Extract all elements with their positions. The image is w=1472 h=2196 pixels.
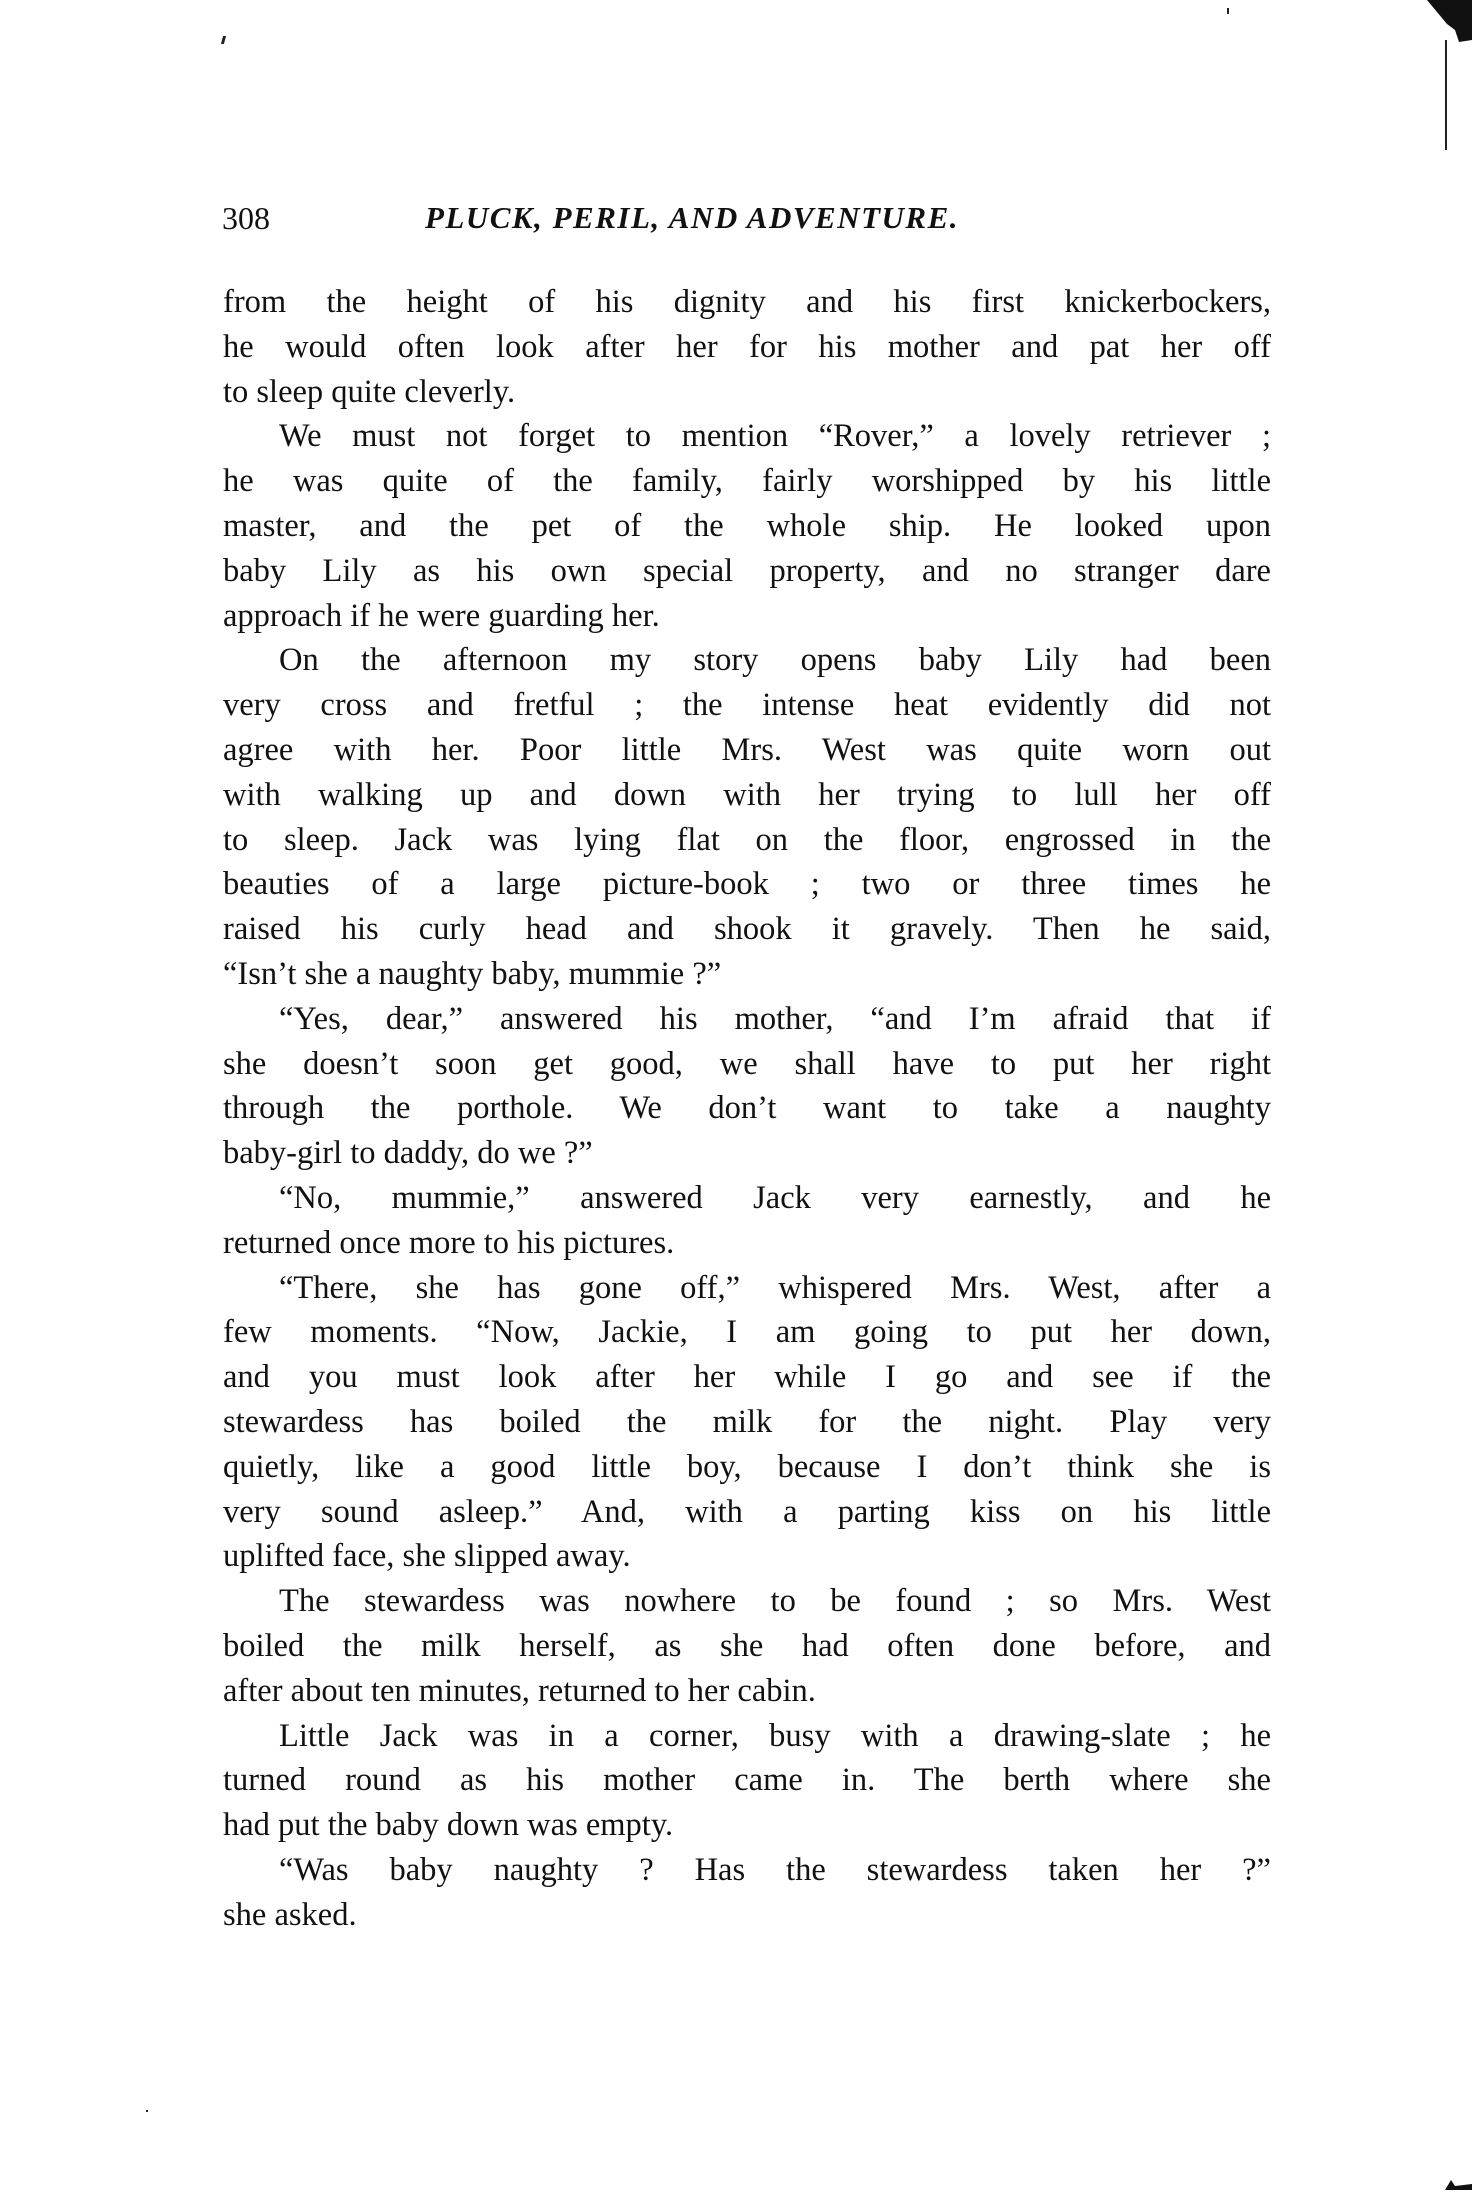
text-line: after about ten minutes, returned to her… bbox=[223, 1669, 1271, 1714]
text-line: agree with her. Poor little Mrs. West wa… bbox=[223, 728, 1271, 773]
text-line: boiled the milk herself, as she had ofte… bbox=[223, 1624, 1271, 1669]
scan-speck bbox=[146, 2110, 148, 2112]
text-line: and you must look after her while I go a… bbox=[223, 1355, 1271, 1400]
corner-mark bbox=[1445, 2180, 1472, 2190]
text-line: master, and the pet of the whole ship. H… bbox=[223, 504, 1271, 549]
text-line: baby Lily as his own special property, a… bbox=[223, 549, 1271, 594]
scan-speck bbox=[1227, 8, 1229, 14]
text-line: stewardess has boiled the milk for the n… bbox=[223, 1400, 1271, 1445]
text-line: had put the baby down was empty. bbox=[223, 1803, 1271, 1848]
scanned-book-page: 308 PLUCK, PERIL, AND ADVENTURE. from th… bbox=[0, 0, 1472, 2196]
text-line: approach if he were guarding her. bbox=[223, 594, 1271, 639]
text-line: few moments. “Now, Jackie, I am going to… bbox=[223, 1310, 1271, 1355]
text-line: “Was baby naughty ? Has the stewardess t… bbox=[223, 1848, 1271, 1893]
text-line: she asked. bbox=[223, 1893, 1271, 1938]
text-line: “No, mummie,” answered Jack very earnest… bbox=[223, 1176, 1271, 1221]
text-line: On the afternoon my story opens baby Lil… bbox=[223, 638, 1271, 683]
scan-speck bbox=[221, 36, 226, 44]
text-line: We must not forget to mention “Rover,” a… bbox=[223, 414, 1271, 459]
text-line: “There, she has gone off,” whispered Mrs… bbox=[223, 1266, 1271, 1311]
text-line: he would often look after her for his mo… bbox=[223, 325, 1271, 370]
body-text: from the height of his dignity and his f… bbox=[223, 280, 1271, 1937]
text-line: The stewardess was nowhere to be found ;… bbox=[223, 1579, 1271, 1624]
text-line: to sleep. Jack was lying flat on the flo… bbox=[223, 818, 1271, 863]
text-line: Little Jack was in a corner, busy with a… bbox=[223, 1714, 1271, 1759]
text-line: to sleep quite cleverly. bbox=[223, 370, 1271, 415]
text-line: “Isn’t she a naughty baby, mummie ?” bbox=[223, 952, 1271, 997]
page-number: 308 bbox=[222, 196, 270, 240]
text-line: through the porthole. We don’t want to t… bbox=[223, 1086, 1271, 1131]
text-line: she doesn’t soon get good, we shall have… bbox=[223, 1042, 1271, 1087]
page-edge-line bbox=[1445, 40, 1447, 150]
running-head: 308 PLUCK, PERIL, AND ADVENTURE. bbox=[222, 196, 1282, 240]
text-line: baby-girl to daddy, do we ?” bbox=[223, 1131, 1271, 1176]
text-line: beauties of a large picture-book ; two o… bbox=[223, 862, 1271, 907]
page-edge-mark bbox=[1427, 0, 1472, 120]
text-line: very cross and fretful ; the intense hea… bbox=[223, 683, 1271, 728]
text-line: very sound asleep.” And, with a parting … bbox=[223, 1490, 1271, 1535]
text-line: raised his curly head and shook it grave… bbox=[223, 907, 1271, 952]
text-line: uplifted face, she slipped away. bbox=[223, 1534, 1271, 1579]
running-title: PLUCK, PERIL, AND ADVENTURE. bbox=[425, 196, 959, 240]
text-line: he was quite of the family, fairly worsh… bbox=[223, 459, 1271, 504]
text-line: returned once more to his pictures. bbox=[223, 1221, 1271, 1266]
text-line: with walking up and down with her trying… bbox=[223, 773, 1271, 818]
text-line: “Yes, dear,” answered his mother, “and I… bbox=[223, 997, 1271, 1042]
text-line: from the height of his dignity and his f… bbox=[223, 280, 1271, 325]
text-line: quietly, like a good little boy, because… bbox=[223, 1445, 1271, 1490]
text-line: turned round as his mother came in. The … bbox=[223, 1758, 1271, 1803]
